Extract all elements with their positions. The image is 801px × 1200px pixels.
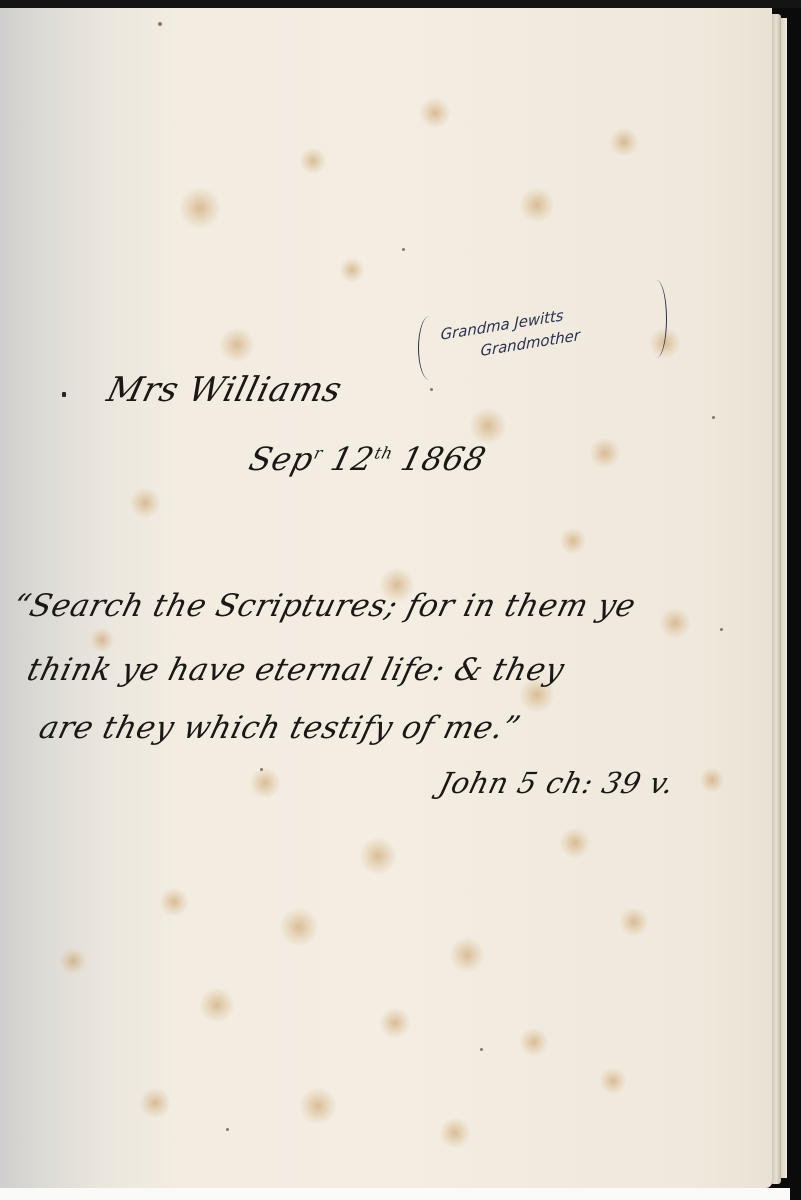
annotation-note: Grandma Jewitts Grandmother [418,278,668,388]
inscription-date: Sepr 12th 1868 [245,440,490,478]
quote-line-2: think ye have eternal life: & they [24,652,569,688]
scan-top-border [0,0,801,8]
inscription-name: Mrs Williams [103,370,346,410]
quote-line-3: are they which testify of me.” [36,710,525,746]
left-parenthesis [418,316,441,380]
date-day: 12 [327,440,378,478]
ink-mark [62,392,66,397]
scan-bottom-strip [0,1188,790,1200]
page-edge-layer [772,14,781,1184]
page-edge-layer-outer [781,18,787,1178]
book-page: Mrs Williams Sepr 12th 1868 Grandma Jewi… [0,8,772,1188]
quote-reference: John 5 ch: 39 v. [436,766,678,800]
quote-line-1: “Search the Scriptures; for in them ye [10,588,640,624]
date-month: Sep [245,440,317,478]
date-day-suffix: th [373,443,395,462]
right-parenthesis [646,280,667,358]
date-year: 1868 [397,440,490,478]
